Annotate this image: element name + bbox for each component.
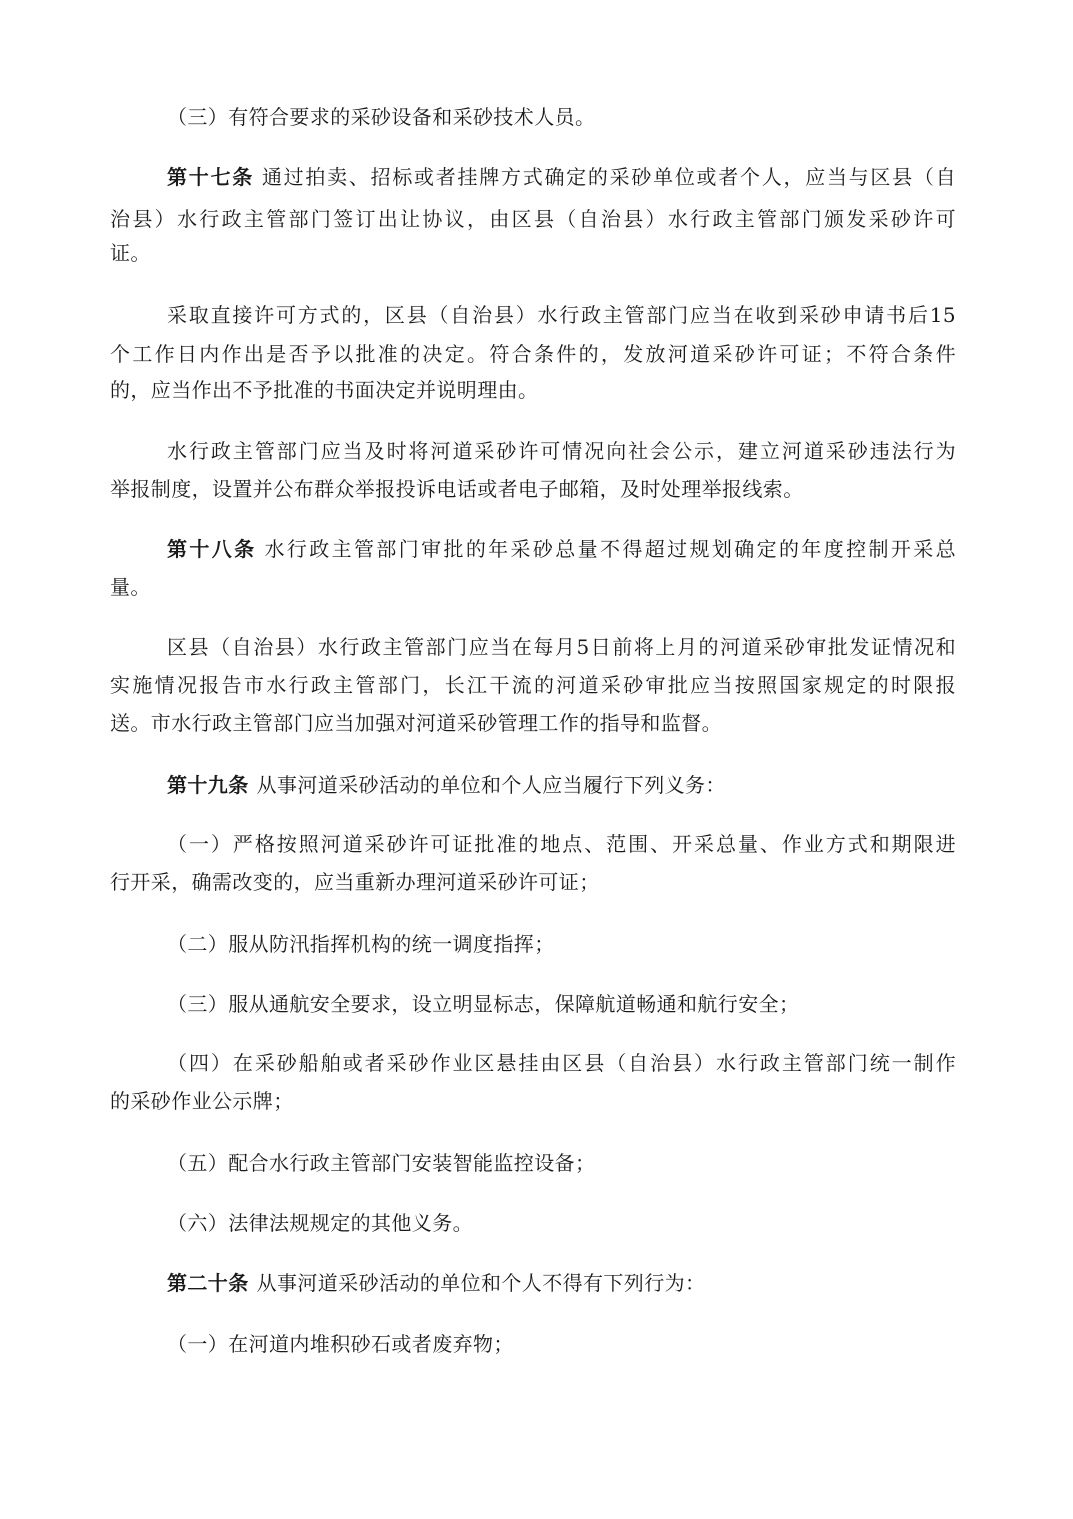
text-line: 水行政主管部门审批的年采砂总量不得超过规划确定的年度控制开采总 [264, 537, 956, 561]
text-line: （三）服从通航安全要求，设立明显标志，保障航道畅通和航行安全； [167, 992, 799, 1016]
article-19-item-5: （五）配合水行政主管部门安装智能监控设备； [167, 1150, 595, 1176]
article-heading: 第十八条 [167, 537, 256, 561]
text-line: 行开采，确需改变的，应当重新办理河道采砂许可证； [110, 870, 600, 894]
text-line: （四）在采砂船舶或者采砂作业区悬挂由区县（自治县）水行政主管部门统一制作 [167, 1051, 956, 1075]
paragraph-direct-permit-line-2: 个工作日内作出是否予以批准的决定。符合条件的，发放河道采砂许可证；不符合条件 [110, 341, 956, 367]
paragraph-monthly-report-line-3: 送。市水行政主管部门应当加强对河道采砂管理工作的指导和监督。 [110, 710, 722, 736]
text-line: 实施情况报告市水行政主管部门，长江干流的河道采砂审批应当按照国家规定的时限报 [110, 673, 956, 697]
article-heading: 第十七条 [167, 165, 254, 189]
text-line: 举报制度，设置并公布群众举报投诉电话或者电子邮箱，及时处理举报线索。 [110, 477, 804, 501]
text-line: 采取直接许可方式的，区县（自治县）水行政主管部门应当在收到采砂申请书后15 [167, 303, 956, 327]
text-line: 治县）水行政主管部门签订出让协议，由区县（自治县）水行政主管部门颁发采砂许可 [110, 207, 956, 231]
text-line: 从事河道采砂活动的单位和个人应当履行下列义务： [257, 773, 726, 797]
paragraph-publicity-line-2: 举报制度，设置并公布群众举报投诉电话或者电子邮箱，及时处理举报线索。 [110, 476, 804, 502]
paragraph-monthly-report-line-1: 区县（自治县）水行政主管部门应当在每月5日前将上月的河道采砂审批发证情况和 [167, 634, 956, 660]
text-line: （二）服从防汛指挥机构的统一调度指挥； [167, 932, 555, 956]
article-19-heading-line: 第十九条从事河道采砂活动的单位和个人应当履行下列义务： [167, 772, 726, 798]
text-line: 的，应当作出不予批准的书面决定并说明理由。 [110, 378, 538, 402]
paragraph-publicity-line-1: 水行政主管部门应当及时将河道采砂许可情况向社会公示，建立河道采砂违法行为 [167, 438, 956, 464]
article-17-line-3: 证。 [110, 240, 151, 266]
text-line: 送。市水行政主管部门应当加强对河道采砂管理工作的指导和监督。 [110, 711, 722, 735]
article-heading: 第十九条 [167, 773, 249, 797]
text-line: 证。 [110, 241, 151, 265]
article-20-heading-line: 第二十条从事河道采砂活动的单位和个人不得有下列行为： [167, 1270, 705, 1296]
article-19-item-3: （三）服从通航安全要求，设立明显标志，保障航道畅通和航行安全； [167, 991, 799, 1017]
document-page: （三）有符合要求的采砂设备和采砂技术人员。 第十七条通过拍卖、招标或者挂牌方式确… [0, 0, 1073, 1519]
text-line: 通过拍卖、招标或者挂牌方式确定的采砂单位或者个人，应当与区县（自 [262, 165, 956, 189]
text-line: 个工作日内作出是否予以批准的决定。符合条件的，发放河道采砂许可证；不符合条件 [110, 342, 956, 366]
article-18-line-2: 量。 [110, 574, 151, 600]
text-line: 从事河道采砂活动的单位和个人不得有下列行为： [257, 1271, 706, 1295]
article-19-item-1-line-1: （一）严格按照河道采砂许可证批准的地点、范围、开采总量、作业方式和期限进 [167, 831, 956, 857]
text-line: （六）法律法规规定的其他义务。 [167, 1211, 473, 1235]
paragraph-monthly-report-line-2: 实施情况报告市水行政主管部门，长江干流的河道采砂审批应当按照国家规定的时限报 [110, 672, 956, 698]
text-line: 区县（自治县）水行政主管部门应当在每月5日前将上月的河道采砂审批发证情况和 [167, 635, 956, 659]
text-line: （五）配合水行政主管部门安装智能监控设备； [167, 1151, 595, 1175]
text-line: （三）有符合要求的采砂设备和采砂技术人员。 [167, 105, 595, 129]
paragraph-direct-permit-line-3: 的，应当作出不予批准的书面决定并说明理由。 [110, 377, 538, 403]
text-line: 水行政主管部门应当及时将河道采砂许可情况向社会公示，建立河道采砂违法行为 [167, 439, 956, 463]
article-19-item-6: （六）法律法规规定的其他义务。 [167, 1210, 473, 1236]
article-19-item-1-line-2: 行开采，确需改变的，应当重新办理河道采砂许可证； [110, 869, 600, 895]
article-heading: 第二十条 [167, 1271, 249, 1295]
text-line: 量。 [110, 575, 151, 599]
text-line: （一）在河道内堆积砂石或者废弃物； [167, 1332, 514, 1356]
article-19-item-4-line-2: 的采砂作业公示牌； [110, 1088, 294, 1114]
paragraph-item-3-equipment: （三）有符合要求的采砂设备和采砂技术人员。 [167, 104, 595, 130]
article-19-item-2: （二）服从防汛指挥机构的统一调度指挥； [167, 931, 555, 957]
article-18-line-1: 第十八条水行政主管部门审批的年采砂总量不得超过规划确定的年度控制开采总 [167, 536, 956, 562]
article-17-line-1: 第十七条通过拍卖、招标或者挂牌方式确定的采砂单位或者个人，应当与区县（自 [167, 164, 956, 190]
article-17-line-2: 治县）水行政主管部门签订出让协议，由区县（自治县）水行政主管部门颁发采砂许可 [110, 206, 956, 232]
paragraph-direct-permit-line-1: 采取直接许可方式的，区县（自治县）水行政主管部门应当在收到采砂申请书后15 [167, 302, 956, 328]
text-line: 的采砂作业公示牌； [110, 1089, 294, 1113]
article-20-item-1: （一）在河道内堆积砂石或者废弃物； [167, 1331, 514, 1357]
article-19-item-4-line-1: （四）在采砂船舶或者采砂作业区悬挂由区县（自治县）水行政主管部门统一制作 [167, 1050, 956, 1076]
text-line: （一）严格按照河道采砂许可证批准的地点、范围、开采总量、作业方式和期限进 [167, 832, 956, 856]
